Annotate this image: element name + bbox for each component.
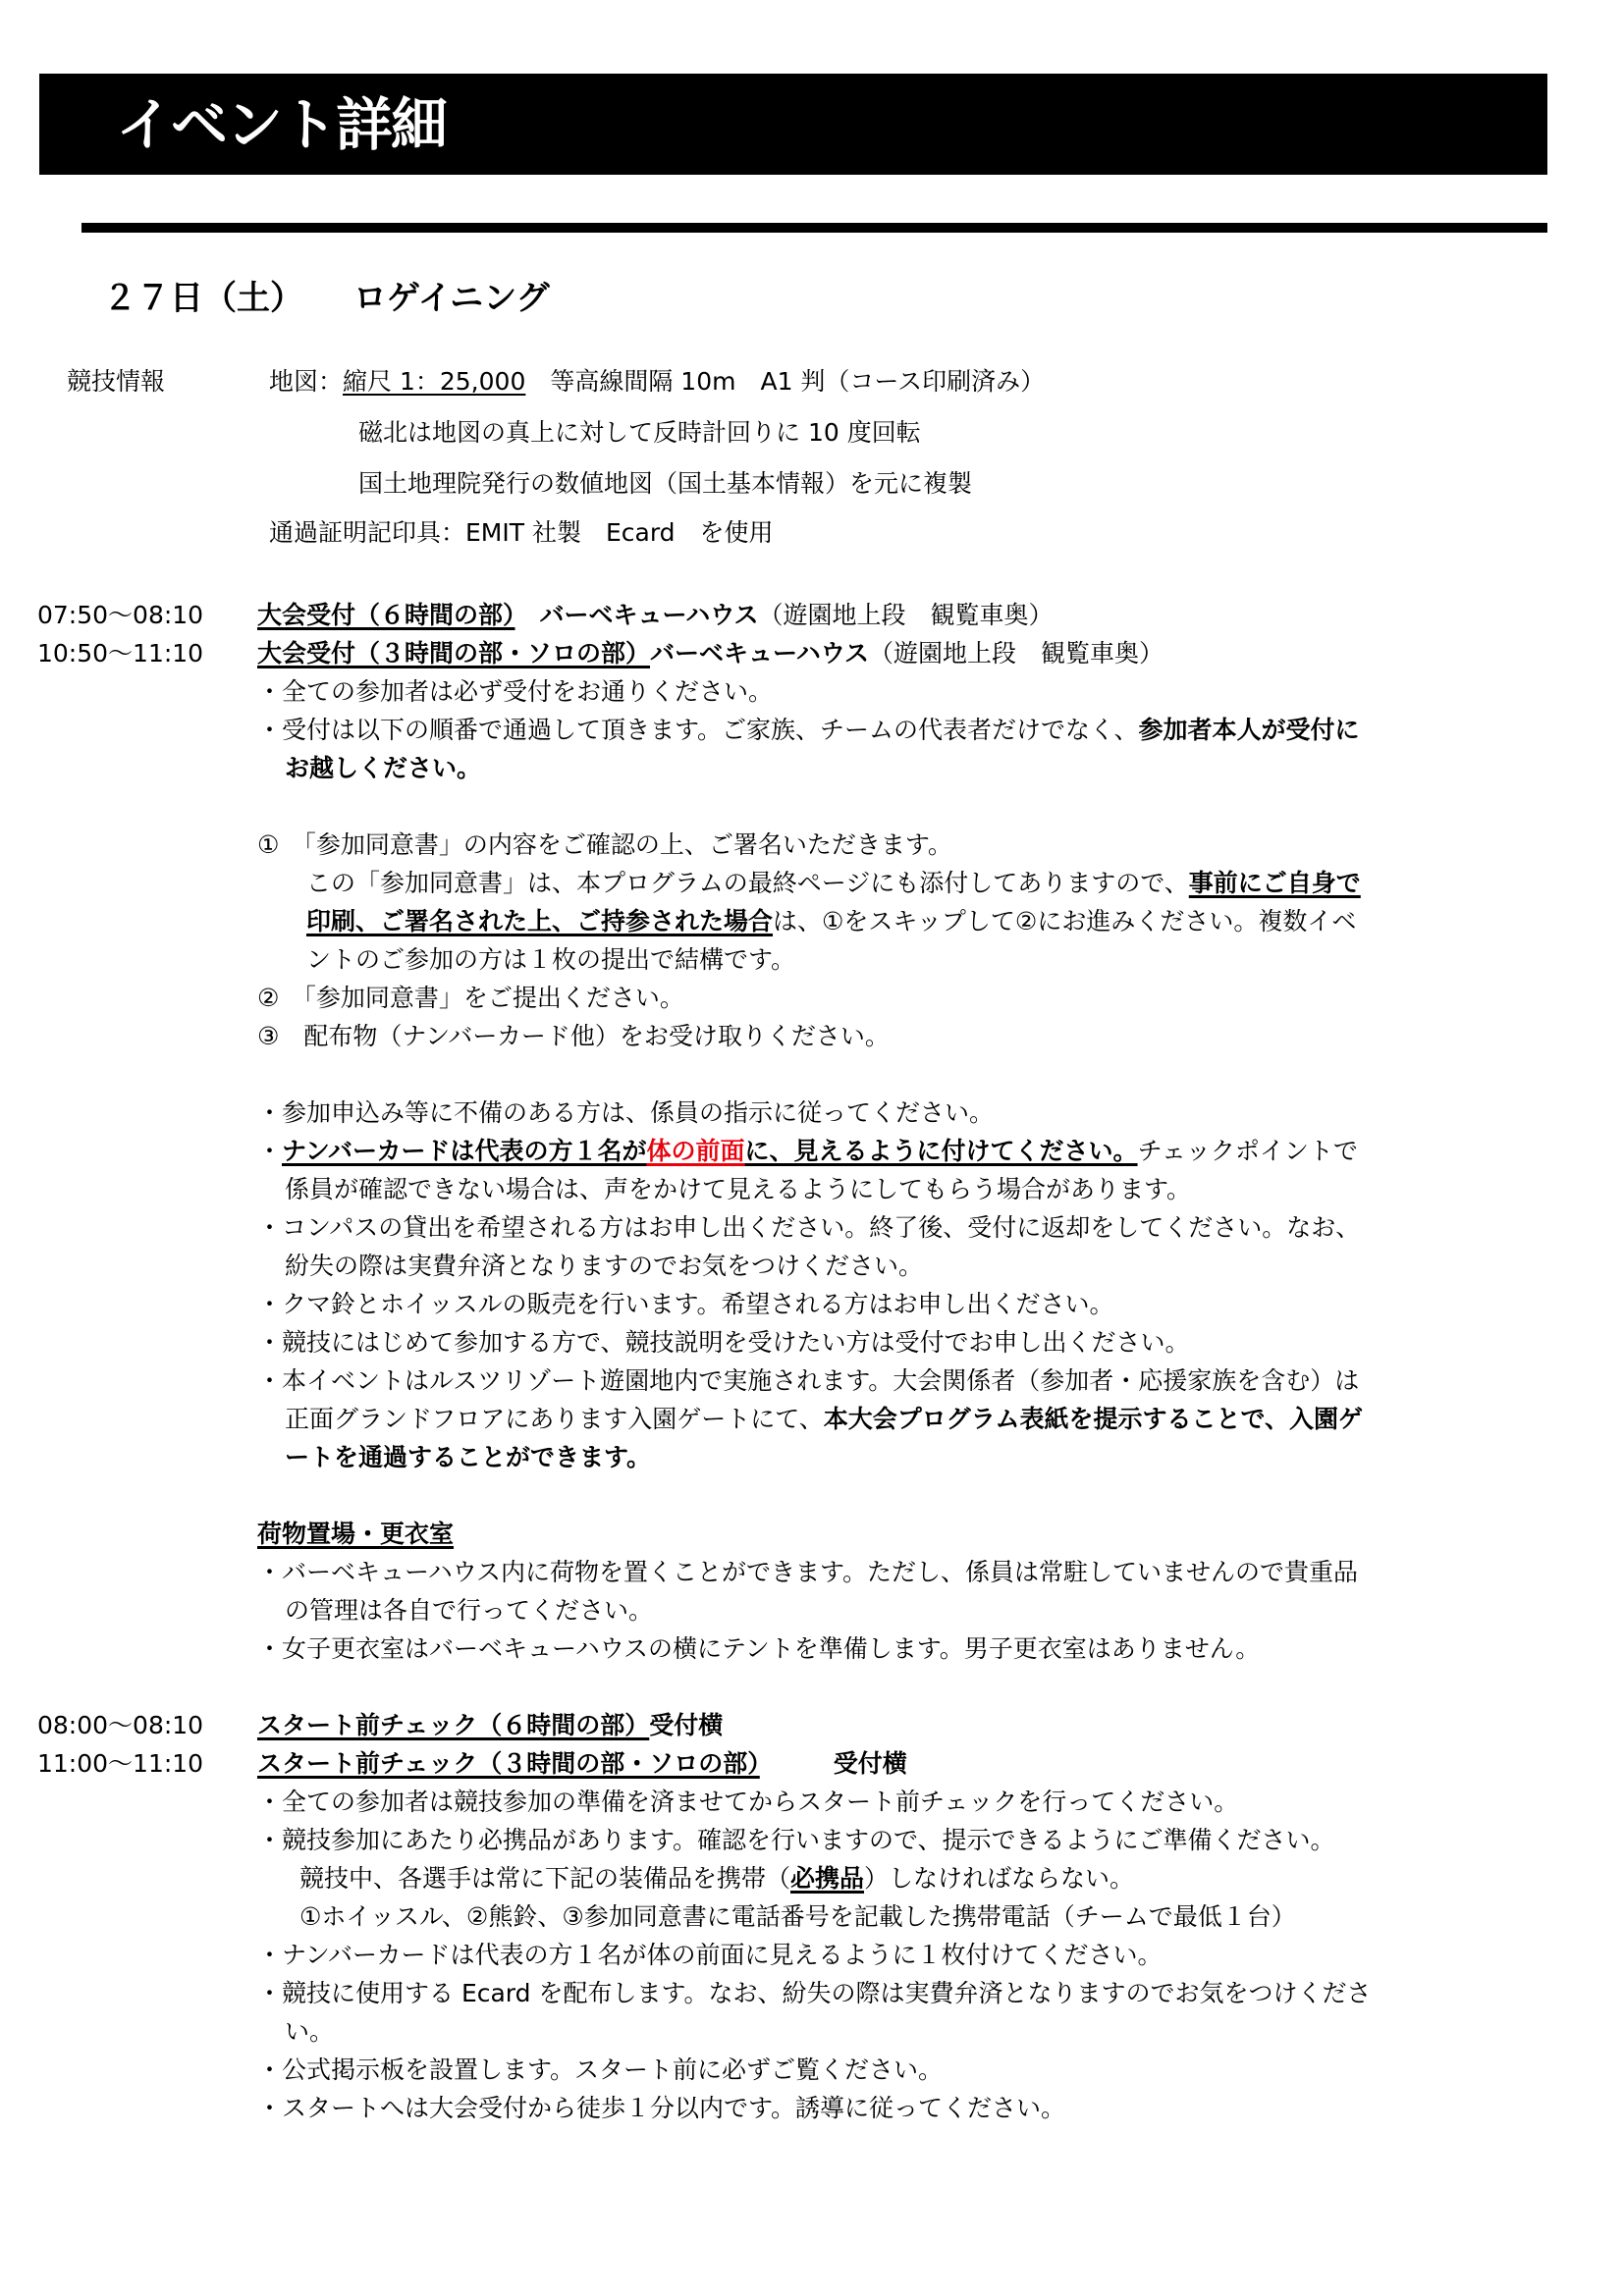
note-6-line-3: ートを通過することができます。 bbox=[285, 1440, 651, 1475]
start-check-time-2: 11:00～11:10 bbox=[37, 1746, 203, 1782]
map-scale: 縮尺 1：25,000 bbox=[343, 367, 525, 396]
note-6-line-2: 正面グランドフロアにあります入園ゲートにて、本大会プログラム表紙を提示することで… bbox=[285, 1402, 1363, 1437]
required-items-list: ①ホイッスル、②熊鈴、③参加同意書に電話番号を記載した携帯電話（チームで最低１台… bbox=[299, 1899, 1296, 1935]
reception-bullet-1: ・全ての参加者は必ず受付をお通りください。 bbox=[257, 674, 773, 710]
step-1-line-2-text: この「参加同意書」は、本プログラムの最終ページにも添付してありますので、 bbox=[306, 869, 1189, 897]
reception-place-detail-1: （遊園地上段 観覧車奥） bbox=[759, 601, 1054, 629]
step-3: ③ 配布物（ナンバーカード他）をお受け取りください。 bbox=[257, 1019, 890, 1054]
note-6-line-2-bold: 本大会プログラム表紙を提示することで、入園ゲ bbox=[824, 1405, 1363, 1433]
note-2-bold-1: ナンバーカードは代表の方１名が bbox=[282, 1137, 647, 1165]
start-check-bullet-6: ・スタートへは大会受付から徒歩１分以内です。誘導に従ってください。 bbox=[257, 2091, 1065, 2126]
reception-bullet-2-cont: お越しください。 bbox=[285, 751, 481, 786]
start-check-time-1: 08:00～08:10 bbox=[37, 1708, 203, 1743]
reception-bullet-2-bold: 参加者本人が受付に bbox=[1139, 716, 1360, 744]
competition-info-label: 競技情報 bbox=[67, 364, 165, 400]
note-5: ・競技にはじめて参加する方で、競技説明を受けたい方は受付でお申し出ください。 bbox=[257, 1325, 1190, 1361]
start-check-bullet-4-cont: い。 bbox=[285, 2014, 334, 2050]
map-source-line: 国土地理院発行の数値地図（国土基本情報）を元に複製 bbox=[358, 466, 972, 502]
start-check-title-2: スタート前チェック（３時間の部・ソロの部） bbox=[257, 1749, 760, 1778]
day-heading: ２７日（土） ロゲイニング bbox=[103, 277, 550, 320]
map-prefix: 地図： bbox=[269, 367, 343, 396]
required-items-post: ）しなければならない。 bbox=[864, 1864, 1134, 1893]
reception-bullet-2-text: ・受付は以下の順番で通過して頂きます。ご家族、チームの代表者だけでなく、 bbox=[257, 716, 1139, 744]
note-3-cont: 紛失の際は実費弁済となりますのでお気をつけください。 bbox=[285, 1249, 923, 1284]
reception-row-1: 大会受付（６時間の部） バーベキューハウス（遊園地上段 観覧車奥） bbox=[257, 598, 1054, 633]
note-6-line-2-text: 正面グランドフロアにあります入園ゲートにて、 bbox=[285, 1405, 824, 1433]
start-check-bullet-1: ・全ての参加者は競技参加の準備を済ませてからスタート前チェックを行ってください。 bbox=[257, 1785, 1238, 1820]
luggage-heading: 荷物置場・更衣室 bbox=[257, 1517, 454, 1552]
reception-place-1: バーベキューハウス bbox=[515, 601, 759, 629]
step-1-line-2: この「参加同意書」は、本プログラムの最終ページにも添付してありますので、事前にご… bbox=[306, 866, 1361, 901]
reception-title-1: 大会受付（６時間の部） bbox=[257, 601, 515, 629]
step-1-line-4: ントのご参加の方は１枚の提出で結構です。 bbox=[306, 942, 795, 978]
note-3: ・コンパスの貸出を希望される方はお申し出ください。終了後、受付に返却をしてくださ… bbox=[257, 1210, 1360, 1246]
page-title: イベント詳細 bbox=[116, 90, 446, 159]
note-6: ・本イベントはルスツリゾート遊園地内で実施されます。大会関係者（参加者・応援家族… bbox=[257, 1363, 1359, 1399]
reception-time-2: 10:50～11:10 bbox=[37, 636, 203, 671]
magnetic-north-line: 磁北は地図の真上に対して反時計回りに 10 度回転 bbox=[358, 415, 921, 451]
step-1-line-3-text: は、①をスキップして②にお進みください。複数イベ bbox=[773, 907, 1356, 935]
divider-rule bbox=[81, 223, 1547, 233]
note-2-bold-2: に、見えるように付けてください。 bbox=[745, 1137, 1138, 1165]
start-check-place-1: 受付横 bbox=[649, 1711, 723, 1739]
step-2: ② 「参加同意書」をご提出ください。 bbox=[257, 981, 684, 1016]
start-check-bullet-2: ・競技参加にあたり必携品があります。確認を行いますので、提示できるようにご準備く… bbox=[257, 1823, 1335, 1858]
step-1-line-2-bold: 事前にご自身で bbox=[1189, 869, 1361, 897]
note-1: ・参加申込み等に不備のある方は、係員の指示に従ってください。 bbox=[257, 1095, 994, 1131]
reception-row-2: 大会受付（３時間の部・ソロの部）バーベキューハウス（遊園地上段 観覧車奥） bbox=[257, 636, 1164, 671]
start-check-place-2: 受付横 bbox=[760, 1749, 907, 1778]
map-info-line: 地図：縮尺 1：25,000 等高線間隔 10m A1 判（コース印刷済み） bbox=[269, 364, 1045, 400]
reception-time-1: 07:50～08:10 bbox=[37, 598, 203, 633]
start-check-bullet-5: ・公式掲示板を設置します。スタート前に必ずご覧ください。 bbox=[257, 2053, 943, 2088]
note-2-text: チェックポイントで bbox=[1138, 1137, 1358, 1165]
start-check-title-1: スタート前チェック（６時間の部） bbox=[257, 1711, 649, 1739]
punching-device-line: 通過証明記印具：EMIT 社製 Ecard を使用 bbox=[269, 515, 774, 551]
map-details: 等高線間隔 10m A1 判（コース印刷済み） bbox=[525, 367, 1045, 396]
note-2: ・ナンバーカードは代表の方１名が体の前面に、見えるように付けてください。チェック… bbox=[257, 1134, 1358, 1169]
luggage-bullet-1: ・バーベキューハウス内に荷物を置くことができます。ただし、係員は常駐していません… bbox=[257, 1555, 1358, 1590]
luggage-bullet-1-cont: の管理は各自で行ってください。 bbox=[285, 1593, 653, 1629]
required-items-label: 必携品 bbox=[790, 1864, 864, 1893]
start-check-bullet-3: ・ナンバーカードは代表の方１名が体の前面に見えるように１枚付けてください。 bbox=[257, 1938, 1163, 1973]
required-items-pre: 競技中、各選手は常に下記の装備品を携帯（ bbox=[299, 1864, 790, 1893]
reception-place-2: バーベキューハウス bbox=[650, 639, 869, 667]
note-2-red-emphasis: 体の前面 bbox=[647, 1137, 745, 1165]
luggage-bullet-2: ・女子更衣室はバーベキューハウスの横にテントを準備します。男子更衣室はありません… bbox=[257, 1631, 1260, 1667]
note-2-bullet: ・ bbox=[257, 1137, 282, 1165]
start-check-bullet-4: ・競技に使用する Ecard を配布します。なお、紛失の際は実費弁済となりますの… bbox=[257, 1976, 1371, 2011]
step-1-line-3: 印刷、ご署名された上、ご持参された場合は、①をスキップして②にお進みください。複… bbox=[306, 904, 1356, 939]
reception-title-2: 大会受付（３時間の部・ソロの部） bbox=[257, 639, 650, 667]
reception-place-detail-2: （遊園地上段 観覧車奥） bbox=[869, 639, 1164, 667]
start-check-row-1: スタート前チェック（６時間の部）受付横 bbox=[257, 1708, 723, 1743]
start-check-row-2: スタート前チェック（３時間の部・ソロの部） 受付横 bbox=[257, 1746, 907, 1782]
step-1-line-3-bold: 印刷、ご署名された上、ご持参された場合 bbox=[306, 907, 773, 935]
step-1: ① 「参加同意書」の内容をご確認の上、ご署名いただきます。 bbox=[257, 828, 952, 863]
start-check-bullet-2-line-2: 競技中、各選手は常に下記の装備品を携帯（必携品）しなければならない。 bbox=[299, 1861, 1134, 1896]
reception-bullet-2: ・受付は以下の順番で通過して頂きます。ご家族、チームの代表者だけでなく、参加者本… bbox=[257, 713, 1360, 748]
note-4: ・クマ鈴とホイッスルの販売を行います。希望される方はお申し出ください。 bbox=[257, 1287, 1114, 1322]
note-2-cont: 係員が確認できない場合は、声をかけて見えるようにしてもらう場合があります。 bbox=[285, 1172, 1191, 1207]
